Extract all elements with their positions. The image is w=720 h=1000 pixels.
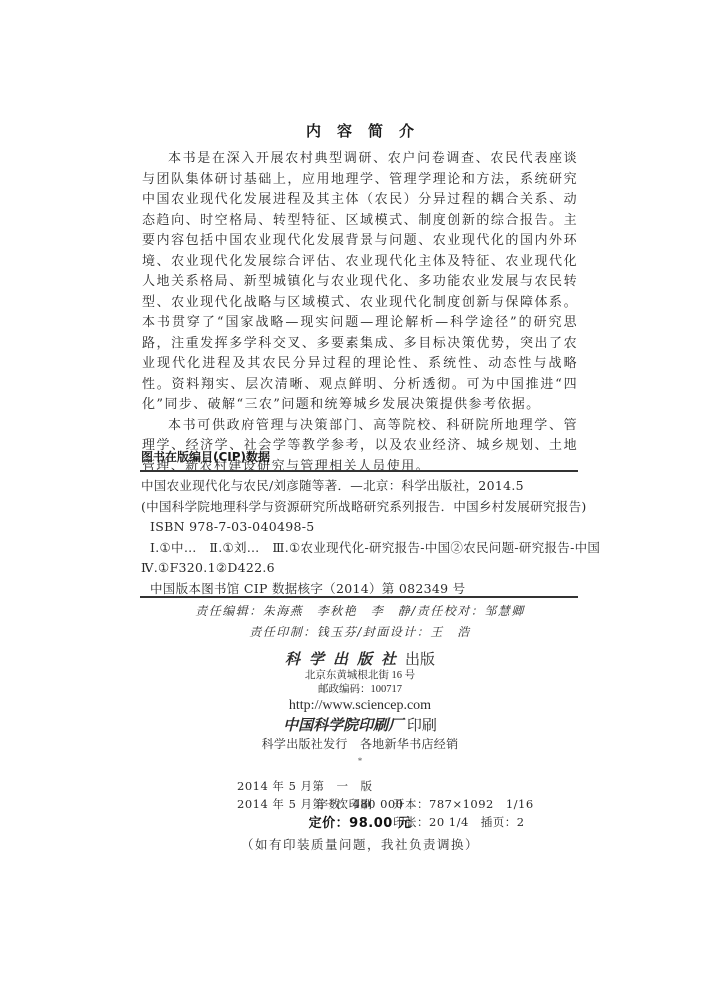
sheets-info: 印张：20 1/4 插页：2 [393,813,525,831]
printer-name: 中国科学院印刷厂 印刷 [0,716,720,736]
publisher-postcode: 邮政编码：100717 [0,683,720,697]
divider-top [140,470,578,472]
editorial-credits: 责任编辑：朱海燕 李秋艳 李 静/责任校对：邹慧卿 责任印制：钱玉芬/封面设计：… [0,601,720,643]
format-info: 开本：787×1092 1/16 [393,795,534,813]
publisher-calligraphy: 科学出版社 [285,652,405,668]
quality-notice: （如有印装质量问题，我社负责调换） [0,835,720,855]
cip-isbn: ISBN 978-7-03-040498-5 [141,517,581,538]
divider-bottom [140,596,578,598]
publisher-address: 北京东黄城根北街 16 号 [0,669,720,683]
cip-data-block: 中国农业现代化与农民/刘彦随等著．—北京：科学出版社，2014.5 (中国科学院… [141,476,581,599]
summary-paragraph: 本书可供政府管理与决策部门、高等院校、科研院所地理学、管理学、经济学、社会学等教… [142,416,578,478]
colophon-row-edition: 2014 年 5 月第 一 版 开本：787×1092 1/16 [0,759,720,777]
summary-title: 内容简介 [0,120,720,141]
publisher-block: 科学出版社出版 北京东黄城根北街 16 号 邮政编码：100717 http:/… [0,651,720,769]
summary-body: 本书是在深入开展农村典型调研、农户问卷调查、农民代表座谈与团队集体研讨基础上，应… [142,149,578,477]
price: 定价：98.00 元 [0,813,720,835]
credits-editors: 责任编辑：朱海燕 李秋艳 李 静/责任校对：邹慧卿 [0,601,720,622]
publisher-suffix: 出版 [405,652,435,668]
cip-subjects-line: Ⅰ.①中… Ⅱ.①刘… Ⅲ.①农业现代化-研究报告-中国②农民问题-研究报告-中… [141,538,581,559]
printer-calligraphy: 中国科学院印刷厂 [283,718,403,734]
credits-production: 责任印制：钱玉芬/封面设计：王 浩 [0,622,720,643]
publisher-name: 科学出版社出版 [0,651,720,669]
publisher-url: http://www.sciencep.com [0,697,720,715]
colophon-block: 2014 年 5 月第 一 版 开本：787×1092 1/16 2014 年 … [0,759,720,855]
cip-heading: 图书在版编目(CIP)数据 [141,448,270,465]
printing-info: 2014 年 5 月第一次印刷 [237,795,373,813]
colophon-row-printing: 2014 年 5 月第一次印刷 印张：20 1/4 插页：2 [0,777,720,795]
cip-class-line: Ⅳ.①F320.1②D422.6 [141,558,581,579]
distribution-line: 科学出版社发行 各地新华书店经销 [0,736,720,753]
copyright-page: 内容简介 本书是在深入开展农村典型调研、农户问卷调查、农民代表座谈与团队集体研讨… [0,0,720,1000]
summary-paragraph: 本书是在深入开展农村典型调研、农户问卷调查、农民代表座谈与团队集体研讨基础上，应… [142,149,578,416]
cip-series-line: (中国科学院地理科学与资源研究所战略研究系列报告．中国乡村发展研究报告) [141,497,581,518]
cip-title-line: 中国农业现代化与农民/刘彦随等著．—北京：科学出版社，2014.5 [141,476,581,497]
printer-suffix: 印刷 [407,718,437,734]
